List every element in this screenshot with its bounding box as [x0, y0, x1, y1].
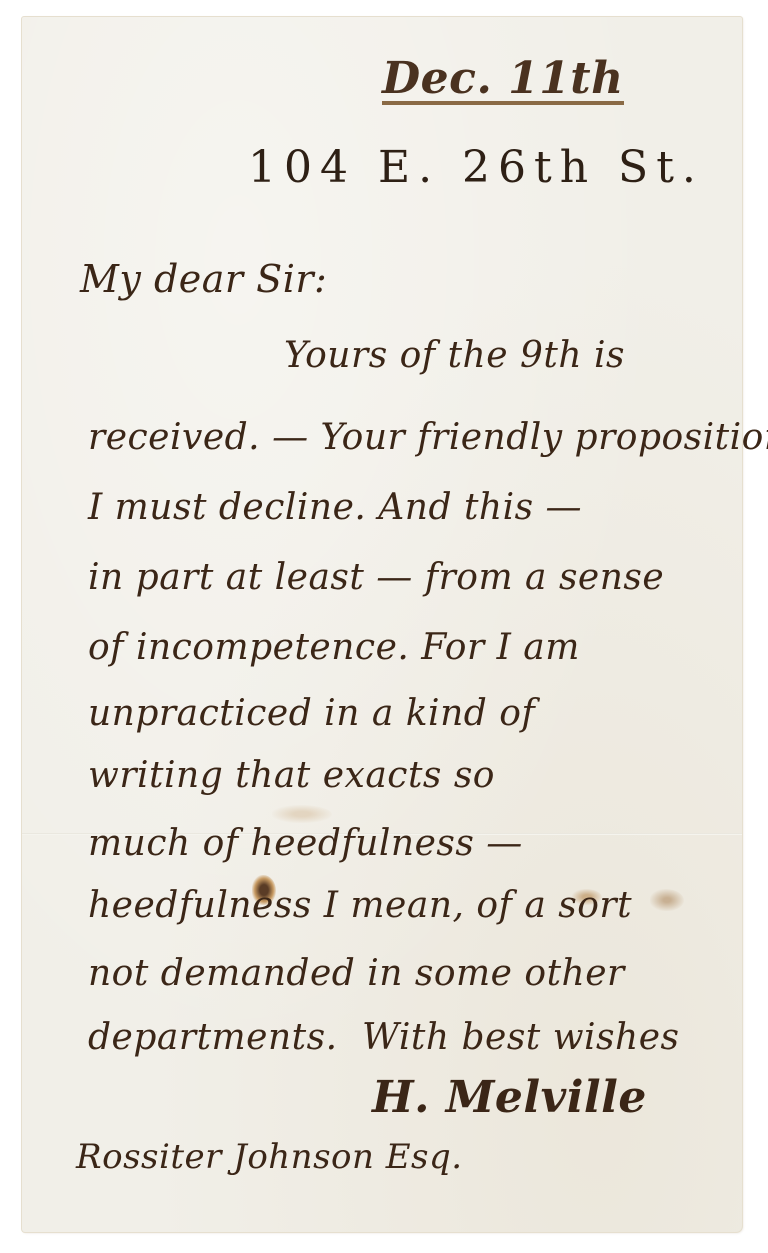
- letter-date: Dec. 11th: [382, 57, 624, 105]
- letter-paper: Dec. 11th 104 E. 26th St. My dear Sir: Y…: [22, 17, 742, 1232]
- recipient-name: Rossiter Johnson Esq.: [76, 1137, 463, 1177]
- body-line: of incompetence. For I am: [88, 627, 580, 668]
- body-line: received. — Your friendly proposition: [88, 417, 768, 458]
- letter-salutation: My dear Sir:: [80, 257, 327, 301]
- body-line: departments.: [88, 1017, 338, 1058]
- body-line: unpracticed in a kind of: [88, 693, 535, 734]
- body-line: writing that exacts so: [88, 755, 495, 796]
- letter-closing: With best wishes: [362, 1017, 679, 1058]
- body-line: in part at least — from a sense: [88, 557, 664, 598]
- body-line: I must decline. And this —: [88, 487, 582, 528]
- signature: H. Melville: [372, 1072, 647, 1123]
- body-line: Yours of the 9th is: [284, 335, 625, 376]
- body-line: much of heedfulness —: [88, 823, 523, 864]
- stain-mark: [650, 889, 684, 911]
- stain-mark: [272, 805, 332, 823]
- letter-address: 104 E. 26th St.: [248, 142, 704, 193]
- body-line: not demanded in some other: [88, 953, 625, 994]
- body-line: heedfulness I mean, of a sort: [88, 885, 632, 926]
